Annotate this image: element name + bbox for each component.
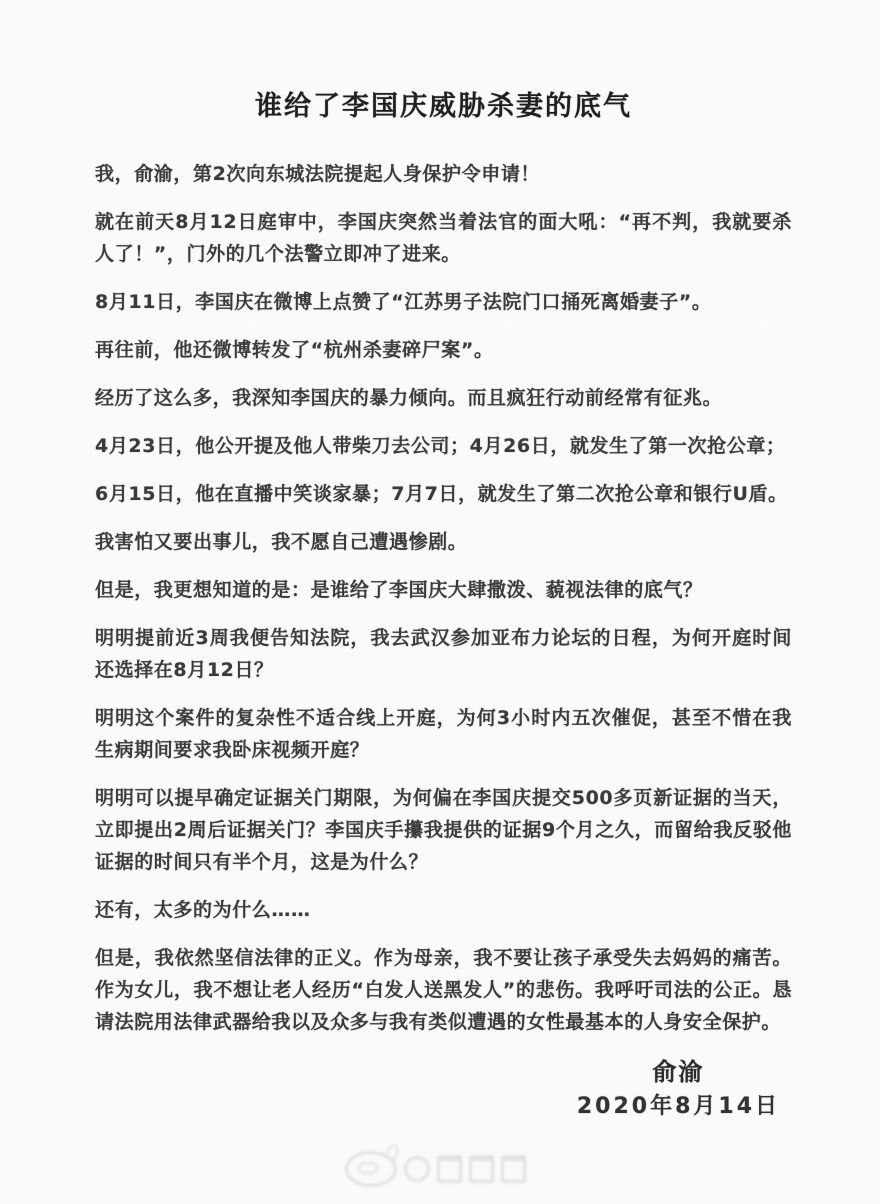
signature-name: 俞渝	[652, 1054, 704, 1090]
paragraph-april-events: 4月23日，他公开提及他人带柴刀去公司；4月26日，就发生了第一次抢公章；	[95, 430, 792, 462]
paragraph-key-question: 但是，我更想知道的是：是谁给了李国庆大肆撒泼、藐视法律的底气？	[95, 574, 792, 606]
paragraph-weibo-like: 8月11日，李国庆在微博上点赞了“江苏男子法院门口捅死离婚妻子”。	[95, 286, 792, 318]
watermark-glyph-3	[501, 1155, 526, 1183]
paragraph-june-july-events: 6月15日，他在直播中笑谈家暴；7月7日，就发生了第二次抢公章和银行U盾。	[95, 478, 792, 510]
watermark-glyph-2	[469, 1155, 494, 1183]
watermark-at-ring-icon	[404, 1156, 430, 1182]
paragraph-violent-tendency: 经历了这么多，我深知李国庆的暴力倾向。而且疯狂行动前经常有征兆。	[95, 382, 792, 414]
paragraph-fear: 我害怕又要出事儿，我不愿自己遭遇惨剧。	[95, 526, 792, 558]
scanned-letter-page: 谁给了李国庆威胁杀妻的底气 我，俞渝，第2次向东城法院提起人身保护令申请！ 就在…	[0, 0, 880, 1204]
letter-body: 我，俞渝，第2次向东城法院提起人身保护令申请！ 就在前天8月12日庭审中，李国庆…	[95, 158, 792, 1038]
watermark-glyph-1	[437, 1155, 462, 1183]
paragraph-weibo-repost: 再往前，他还微博转发了“杭州杀妻碎尸案”。	[95, 334, 792, 366]
paragraph-opening-statement: 我，俞渝，第2次向东城法院提起人身保护令申请！	[95, 158, 792, 190]
paragraph-question-schedule: 明明提前近3周我便告知法院，我去武汉参加亚布力论坛的日程，为何开庭时间还选择在8…	[95, 622, 792, 686]
paragraph-court-outburst: 就在前天8月12日庭审中，李国庆突然当着法官的面大吼：“再不判，我就要杀人了！”…	[95, 206, 792, 270]
letter-title: 谁给了李国庆威胁杀妻的底气	[95, 86, 792, 128]
paragraph-question-evidence-deadline: 明明可以提早确定证据关门期限，为何偏在李国庆提交500多页新证据的当天，立即提出…	[95, 782, 792, 878]
paragraph-closing-appeal: 但是，我依然坚信法律的正义。作为母亲，我不要让孩子承受失去妈妈的痛苦。作为女儿，…	[95, 942, 792, 1038]
paragraph-question-online-hearing: 明明这个案件的复杂性不适合线上开庭，为何3小时内五次催促，甚至不惜在我生病期间要…	[95, 702, 792, 766]
signature-date: 2020年8月14日	[577, 1090, 780, 1124]
paragraph-more-questions: 还有，太多的为什么……	[95, 894, 792, 926]
signature-inner: 俞渝 2020年8月14日	[577, 1054, 780, 1124]
press-watermark-stamp-icon	[345, 1148, 535, 1190]
watermark-oval-logo-icon	[345, 1151, 397, 1187]
signature-block: 俞渝 2020年8月14日	[95, 1054, 792, 1124]
